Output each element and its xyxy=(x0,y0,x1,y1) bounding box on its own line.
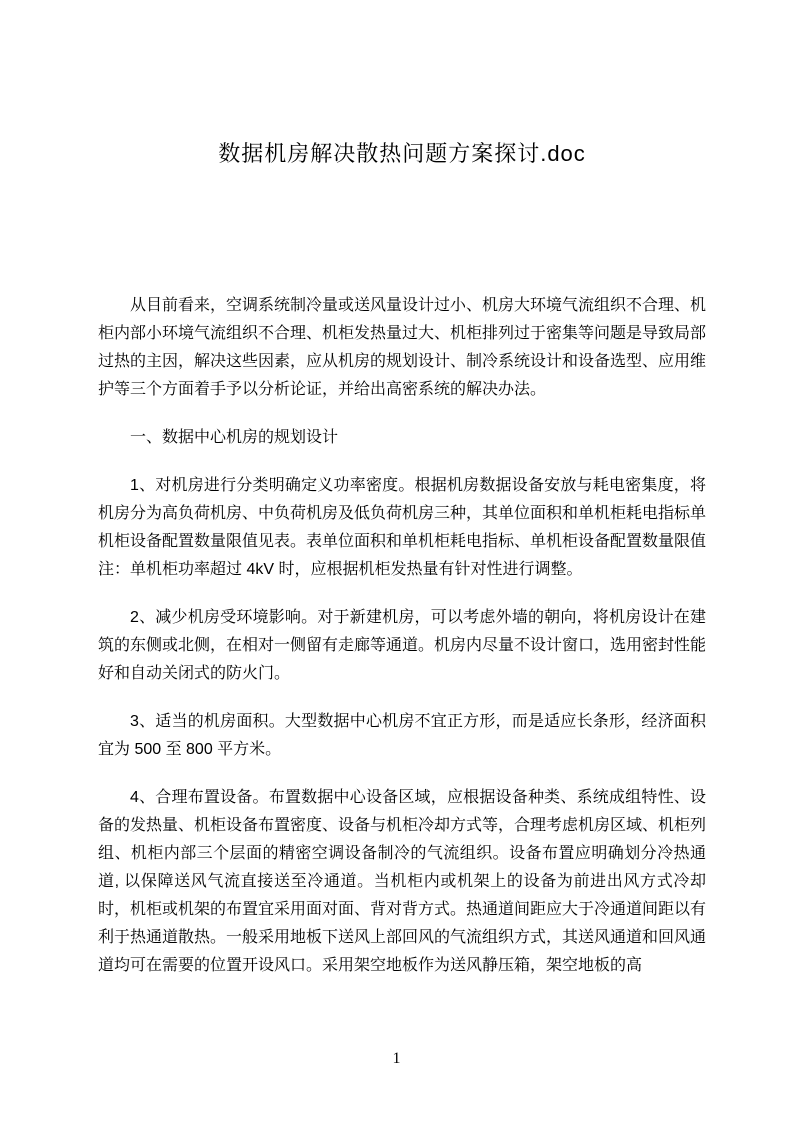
page-number: 1 xyxy=(0,1050,793,1068)
list-paragraph-1-power-density: 1、对机房进行分类明确定义功率密度。根据机房数据设备安放与耗电密集度，将机房分为… xyxy=(98,472,706,584)
list-paragraph-3-room-area: 3、适当的机房面积。大型数据中心机房不宜正方形，而是适应长条形，经济面积宜为 5… xyxy=(98,708,706,764)
document-content: 数据机房解决散热问题方案探讨.doc 从目前看来，空调系统制冷量或送风量设计过小… xyxy=(0,0,793,980)
list-paragraph-4-equipment-layout: 4、合理布置设备。布置数据中心设备区域，应根据设备种类、系统成组特性、设备的发热… xyxy=(98,784,706,980)
document-page: 数据机房解决散热问题方案探讨.doc 从目前看来，空调系统制冷量或送风量设计过小… xyxy=(0,0,793,1122)
list-paragraph-2-environment-impact: 2、减少机房受环境影响。对于新建机房，可以考虑外墙的朝向，将机房设计在建筑的东侧… xyxy=(98,604,706,688)
intro-paragraph: 从目前看来，空调系统制冷量或送风量设计过小、机房大环境气流组织不合理、机柜内部小… xyxy=(98,292,706,404)
section-heading-planning-design: 一、数据中心机房的规划设计 xyxy=(98,424,706,452)
document-title: 数据机房解决散热问题方案探讨.doc xyxy=(98,140,706,168)
